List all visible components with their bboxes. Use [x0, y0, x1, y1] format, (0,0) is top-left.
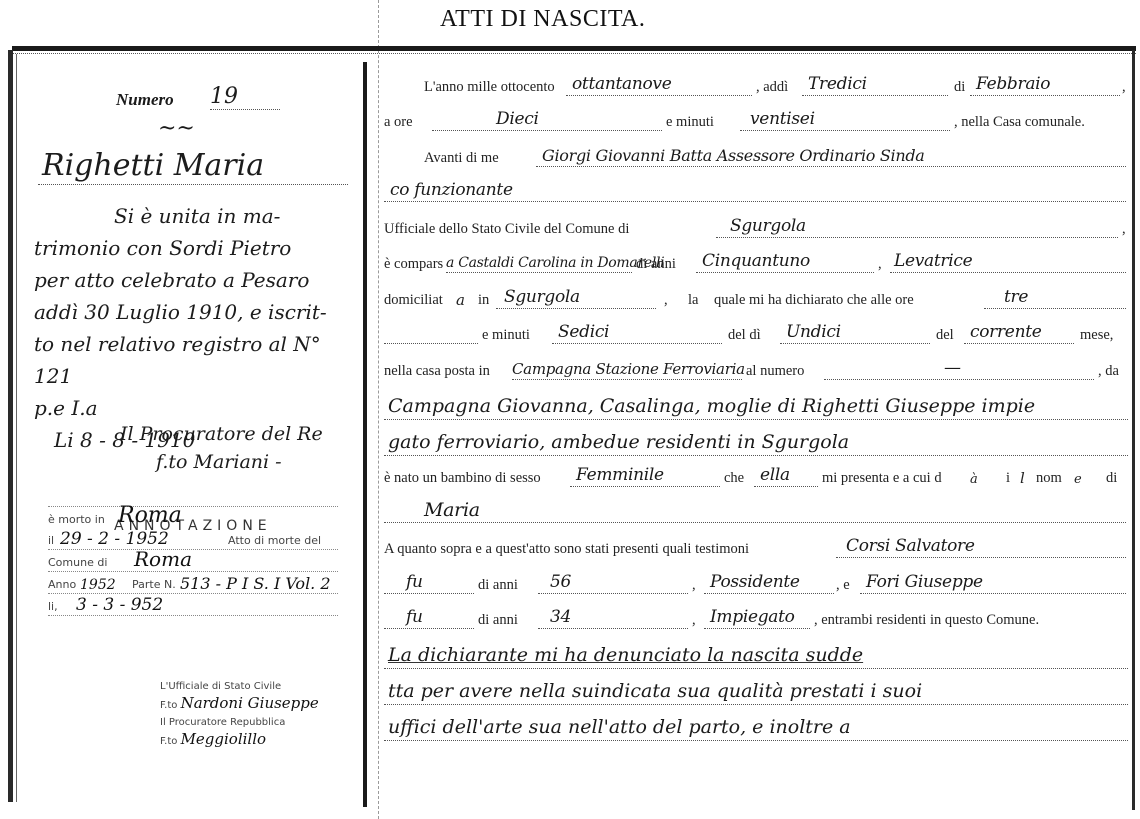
annotation-comune-row: Comune di Roma	[48, 550, 338, 572]
field-minutes: ventisei	[740, 106, 950, 131]
field-year: ottantanove	[566, 71, 752, 96]
value-sex: Femminile	[576, 465, 664, 485]
label-presenta: mi presenta e a cui d	[822, 470, 942, 487]
field-child-name: Maria	[384, 498, 1126, 523]
field-official-name: Giorgi Giovanni Batta Assessore Ordinari…	[536, 142, 1126, 167]
label-in: in	[478, 292, 489, 309]
label-i: i	[1006, 470, 1010, 487]
field-day: Tredici	[802, 71, 948, 96]
field-witness1-profession: Possidente	[704, 569, 834, 594]
form-line-child-name: Maria	[384, 493, 1128, 529]
value-declarant-profession: Levatrice	[894, 251, 972, 271]
mother-text: gato ferroviario, ambedue residenti in S…	[388, 431, 849, 453]
field-birth-hour-cont	[384, 319, 478, 344]
closing-line: La dichiarante mi ha denunciato la nasci…	[384, 635, 1128, 669]
annotation-blank-line	[48, 498, 338, 507]
field-witness2-father: fu	[384, 604, 474, 629]
value-house: Campagna Stazione Ferroviaria	[512, 360, 745, 378]
prosecutor-sig-prefix: F.to	[160, 736, 177, 747]
field-comune: Sgurgola	[716, 213, 1118, 238]
form-line-birth-minute: e minuti Sedici del dì Undici del corren…	[384, 315, 1128, 351]
label-da: , da	[1098, 363, 1119, 380]
annotation-anno-row: Anno 1952 Parte N. 513 - P I S. I Vol. 2	[48, 572, 338, 594]
date-label: il	[48, 534, 54, 547]
field-house: Campagna Stazione Ferroviaria	[512, 355, 742, 380]
label-di: di	[954, 79, 965, 96]
field-birth-minutes: Sedici	[552, 319, 722, 344]
label-ore: a ore	[384, 114, 413, 131]
prosecutor-republic-label: Il Procuratore Repubblica	[160, 714, 319, 731]
form-line-official-cont: co funzionante	[384, 173, 1128, 209]
field-witness1-father: fu	[384, 569, 474, 594]
top-rule	[12, 46, 1136, 51]
value-article-suffix: l	[1020, 469, 1025, 487]
top-rule-dotted	[12, 53, 1136, 54]
value-birth-day: Undici	[786, 322, 841, 342]
act-label: Atto di morte del	[228, 534, 321, 547]
marriage-note-line: Si è unita in ma-	[34, 200, 364, 232]
form-line-witness2: fu di anni 34 , Impiegato , entrambi res…	[384, 600, 1128, 636]
prosecutor-line: Il Procuratore del Re	[120, 420, 323, 448]
label-declared-hour: quale mi ha dichiarato che alle ore	[714, 292, 914, 309]
comma: ,	[664, 292, 668, 309]
label-year: L'anno mille ottocento	[424, 79, 555, 96]
value-domicile: Sgurgola	[504, 287, 580, 307]
value-year: ottantanove	[572, 74, 672, 94]
died-place: Roma	[118, 503, 182, 528]
value-minutes: ventisei	[750, 109, 815, 129]
label-e: , e	[836, 577, 850, 594]
label-del-di: del dì	[728, 327, 761, 344]
field-witness1-name: Corsi Salvatore	[836, 533, 1126, 558]
label-sex: è nato un bambino di sesso	[384, 470, 541, 487]
left-border-inner	[16, 54, 17, 802]
label-mese: mese,	[1080, 327, 1113, 344]
value-birth-hour: tre	[1004, 287, 1028, 307]
field-month: Febbraio	[970, 71, 1120, 96]
label-minuti: e minuti	[482, 327, 530, 344]
value-witness2-name: Fori Giuseppe	[866, 572, 983, 592]
closing-line: uffici dell'arte sua nell'atto del parto…	[384, 707, 1128, 741]
label-comune: Ufficiale dello Stato Civile del Comune …	[384, 221, 629, 238]
marriage-note: Si è unita in ma- trimonio con Sordi Pie…	[34, 200, 364, 456]
closing-text: La dichiarante mi ha denunciato la nasci…	[388, 644, 863, 666]
mother-line: gato ferroviario, ambedue residenti in S…	[384, 422, 1128, 456]
form-line-hour: a ore Dieci e minuti ventisei , nella Ca…	[384, 102, 1128, 138]
form-line-sex: è nato un bambino di sesso Femminile che…	[384, 458, 1128, 494]
marriage-note-line: addì 30 Luglio 1910, e iscrit-	[34, 296, 364, 328]
mother-text: Campagna Giovanna, Casalinga, moglie di …	[388, 395, 1035, 417]
value-da-suffix: à	[970, 472, 978, 487]
field-house-number: —	[824, 355, 1094, 380]
value-official-name: Giorgi Giovanni Batta Assessore Ordinari…	[542, 146, 925, 165]
value-witness1-profession: Possidente	[710, 572, 800, 592]
value-nome-suffix: e	[1074, 472, 1082, 487]
field-birth-hour: tre	[984, 284, 1126, 309]
form-line-before-me: Avanti di me Giorgi Giovanni Batta Asses…	[384, 137, 1128, 173]
marriage-note-line: per atto celebrato a Pesaro	[34, 264, 364, 296]
label-avanti: Avanti di me	[424, 150, 499, 167]
parte-value: 513 - P I S. I Vol. 2	[180, 574, 331, 593]
label-di-anni: di anni	[636, 256, 676, 273]
fold-line	[378, 0, 379, 819]
value-comune: Sgurgola	[730, 216, 806, 236]
form-line-comune: Ufficiale dello Stato Civile del Comune …	[384, 208, 1128, 244]
mother-line: Campagna Giovanna, Casalinga, moglie di …	[384, 386, 1128, 420]
form-line-domicile: domiciliat a in Sgurgola , la quale mi h…	[384, 279, 1128, 315]
child-name: Righetti Maria	[42, 148, 264, 183]
officer-sig-prefix: F.to	[160, 700, 177, 711]
label-comparsa: è compars	[384, 256, 443, 273]
document-title: ATTI DI NASCITA.	[440, 6, 645, 33]
label-del: del	[936, 327, 954, 344]
marriage-note-line: to nel relativo registro al N° 121	[34, 328, 364, 392]
comma: ,	[692, 577, 696, 594]
field-witness2-name: Fori Giuseppe	[860, 569, 1126, 594]
birth-record-page: ATTI DI NASCITA. Numero 19 ~~ Righetti M…	[0, 0, 1140, 819]
field-domicile: Sgurgola	[496, 284, 656, 309]
value-witness2-age: 34	[550, 607, 571, 627]
annotation-died-row: è morto in Roma	[48, 507, 338, 528]
numero-value: 19	[210, 84, 280, 110]
value-official-cont: co funzionante	[390, 180, 513, 200]
value-witness1-age: 56	[550, 572, 571, 592]
field-pronoun: ella	[754, 462, 818, 487]
prosecutor-signature: Il Procuratore del Re f.to Mariani -	[120, 420, 323, 476]
death-date: 29 - 2 - 1952	[60, 529, 169, 549]
comma: ,	[1122, 79, 1126, 96]
annotation-li-row: li, 3 - 3 - 952	[48, 594, 338, 616]
label-casa-posta: nella casa posta in	[384, 363, 490, 380]
anno-label: Anno	[48, 578, 76, 591]
right-border	[1132, 50, 1135, 810]
value-witness1-name: Corsi Salvatore	[846, 536, 975, 556]
comma: ,	[692, 612, 696, 629]
field-declarant: a Castaldi Carolina in Domarelli	[446, 248, 632, 273]
label-addi: , addì	[756, 79, 788, 96]
officer-signature: Nardoni Giuseppe	[181, 694, 319, 712]
value-house-number: —	[944, 358, 961, 378]
value-day: Tredici	[808, 74, 867, 94]
label-witnesses: A quanto sopra e a quest'atto sono stati…	[384, 541, 749, 558]
separator-flourish: ~~	[158, 116, 195, 141]
parte-label: Parte N.	[132, 578, 176, 591]
comune-label: Comune di	[48, 556, 107, 569]
li-value: 3 - 3 - 952	[76, 595, 163, 615]
label-di-anni: di anni	[478, 577, 518, 594]
value-witness2-father: fu	[406, 607, 423, 627]
li-label: li,	[48, 600, 58, 613]
field-witness2-age: 34	[538, 604, 688, 629]
field-month-ref: corrente	[964, 319, 1074, 344]
prosecutor-line: f.to Mariani -	[120, 448, 323, 476]
label-domiciliat: domiciliat	[384, 292, 443, 309]
label-residenti: , entrambi residenti in questo Comune.	[814, 612, 1039, 629]
value-declarant: a Castaldi Carolina in Domarelli	[446, 255, 664, 271]
officer-label: L'Ufficiale di Stato Civile	[160, 678, 319, 695]
field-declarant-profession: Levatrice	[890, 248, 1126, 273]
died-label: è morto in	[48, 513, 105, 526]
closing-text: uffici dell'arte sua nell'atto del parto…	[388, 716, 851, 738]
annotation-date-row: il 29 - 2 - 1952 Atto di morte del	[48, 528, 338, 550]
field-declarant-age: Cinquantuno	[696, 248, 874, 273]
comma: ,	[878, 256, 882, 273]
value-declarant-age: Cinquantuno	[702, 251, 810, 271]
value-child-name: Maria	[424, 499, 480, 521]
label-di: di	[1106, 470, 1117, 487]
comma: ,	[1122, 221, 1126, 238]
label-numero: al numero	[746, 363, 804, 380]
child-name-line: Righetti Maria	[38, 152, 348, 185]
value-month: Febbraio	[976, 74, 1050, 94]
field-witness1-age: 56	[538, 569, 688, 594]
form-line-witness1: fu di anni 56 , Possidente , e Fori Gius…	[384, 564, 1128, 600]
prosecutor-republic-signature: Meggiolillo	[181, 730, 267, 748]
closing-line: tta per avere nella suindicata sua quali…	[384, 671, 1128, 705]
value-month-ref: corrente	[970, 322, 1042, 342]
value-gender-suffix: a	[456, 291, 465, 309]
form-line-declarant: è compars a Castaldi Carolina in Domarel…	[384, 244, 1128, 280]
form-line-year: L'anno mille ottocento ottantanove , add…	[384, 66, 1128, 102]
label-minuti: e minuti	[666, 114, 714, 131]
label-di-anni: di anni	[478, 612, 518, 629]
field-birth-day: Undici	[780, 319, 930, 344]
value-birth-minutes: Sedici	[558, 322, 609, 342]
value-hour: Dieci	[496, 109, 539, 129]
anno-value: 1952	[80, 577, 116, 593]
field-official-cont: co funzionante	[384, 177, 1126, 202]
form-line-witnesses: A quanto sopra e a quest'atto sono stati…	[384, 529, 1128, 565]
label-la: la	[688, 292, 698, 309]
label-nom: nom	[1036, 470, 1062, 487]
label-casa-comunale: , nella Casa comunale.	[954, 114, 1085, 131]
comune-value: Roma	[134, 547, 192, 571]
numero-label: Numero	[116, 90, 174, 110]
value-witness1-father: fu	[406, 572, 423, 592]
closing-text: tta per avere nella suindicata sua quali…	[388, 680, 922, 702]
annotation-signatures: L'Ufficiale di Stato Civile F.to Nardoni…	[160, 678, 319, 750]
form-line-house: nella casa posta in Campagna Stazione Fe…	[384, 350, 1128, 386]
label-che: che	[724, 470, 744, 487]
field-hour: Dieci	[432, 106, 662, 131]
birth-act-form: L'anno mille ottocento ottantanove , add…	[384, 66, 1128, 743]
value-pronoun: ella	[760, 465, 790, 485]
marriage-note-line: trimonio con Sordi Pietro	[34, 232, 364, 264]
left-border	[8, 50, 13, 802]
annotation-stamp: è morto in Roma il 29 - 2 - 1952 Atto di…	[48, 498, 338, 616]
field-witness2-profession: Impiegato	[704, 604, 810, 629]
value-witness2-profession: Impiegato	[710, 607, 795, 627]
field-sex: Femminile	[570, 462, 720, 487]
